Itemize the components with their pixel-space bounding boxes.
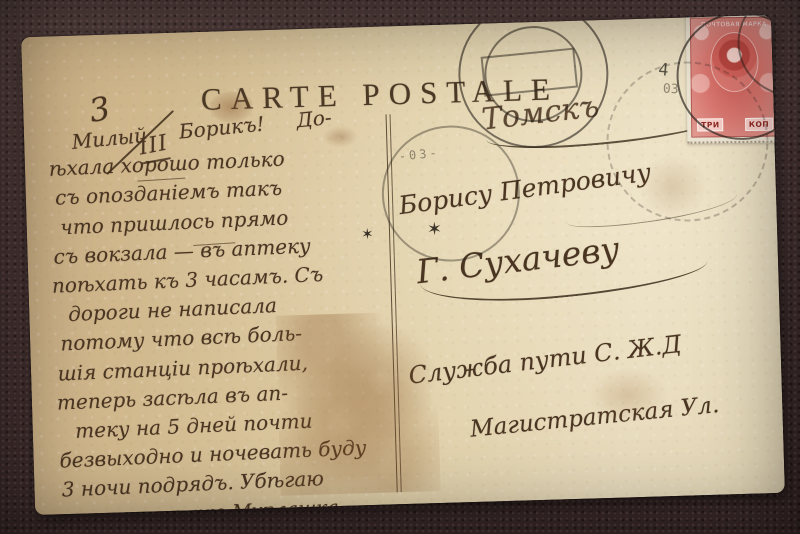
- postmark-digit: 4: [657, 60, 669, 81]
- address-street: Магистратская Ул.: [469, 392, 720, 443]
- postmark-star-icon: ✶: [427, 219, 443, 240]
- date-notation: 3 III: [76, 70, 226, 212]
- address-organization: Служба пути С. Ж.Д: [407, 330, 683, 390]
- postmark-star-icon: ✶: [361, 225, 374, 243]
- postcard: CARTE POSTALE 3 III Милый Борикъ! До- ѣх…: [21, 15, 785, 515]
- postmark-digits: 03: [663, 82, 679, 98]
- date-month: III: [137, 131, 171, 165]
- photo-scene: CARTE POSTALE 3 III Милый Борикъ! До- ѣх…: [0, 0, 800, 534]
- date-day: 3: [86, 89, 113, 130]
